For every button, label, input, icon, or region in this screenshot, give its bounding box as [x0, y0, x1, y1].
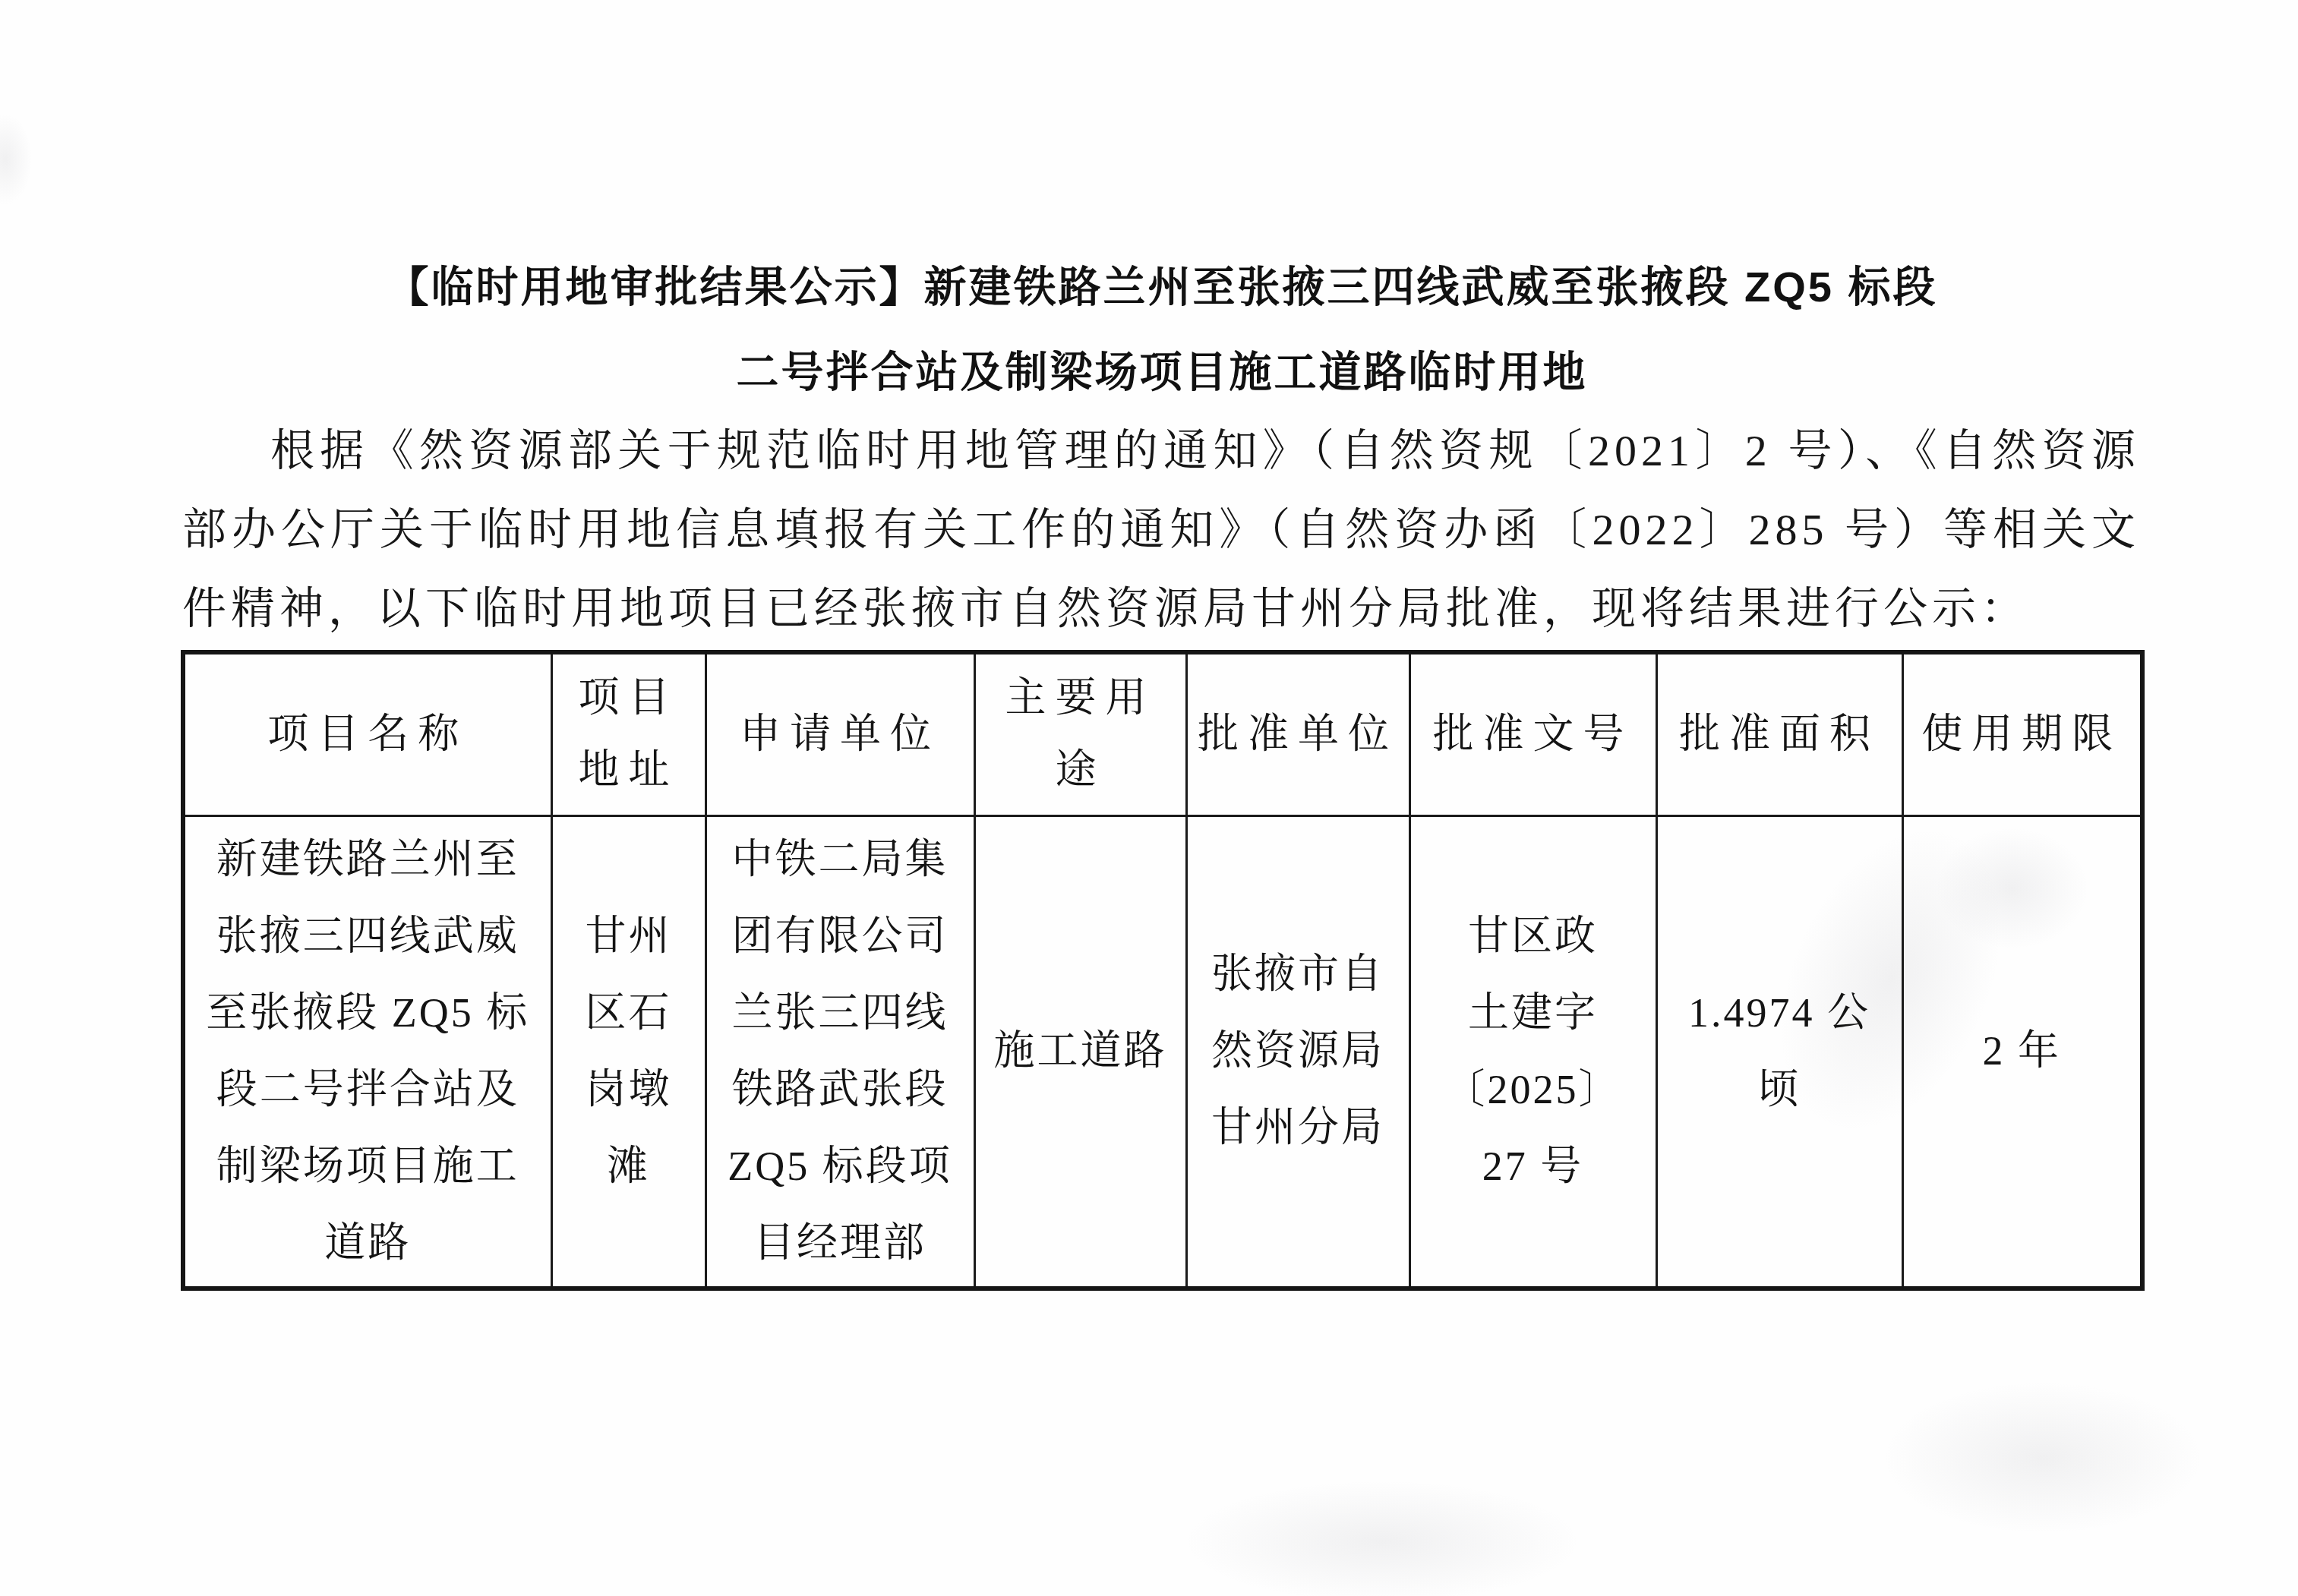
header-cell-use-period: 使用期限 [1902, 652, 2142, 815]
scan-smudge [1883, 1382, 2202, 1534]
cell-project-address: 甘州 区石 岗墩 滩 [551, 815, 705, 1288]
scan-smudge [1185, 1481, 1580, 1596]
cell-project-name: 新建铁路兰州至 张掖三四线武威 至张掖段 ZQ5 标 段二号拌合站及 制梁场项目… [183, 815, 551, 1288]
table-row: 新建铁路兰州至 张掖三四线武威 至张掖段 ZQ5 标 段二号拌合站及 制梁场项目… [183, 815, 2142, 1288]
header-cell-approved-area: 批准面积 [1656, 652, 1902, 815]
document-title-line2: 二号拌合站及制梁场项目施工道路临时用地 [182, 330, 2142, 415]
header-cell-project-address: 项目 地址 [551, 652, 705, 815]
document-title: 【临时用地审批结果公示】新建铁路兰州至张掖三四线武威至张掖段 ZQ5 标段 二号… [182, 244, 2142, 415]
header-cell-approval-doc-no: 批准文号 [1409, 652, 1656, 815]
document-title-line1: 【临时用地审批结果公示】新建铁路兰州至张掖三四线武威至张掖段 ZQ5 标段 [182, 244, 2142, 330]
scan-smudge [0, 114, 32, 205]
header-cell-approval-org: 批准单位 [1186, 652, 1409, 815]
header-cell-main-use: 主要用途 [974, 652, 1186, 815]
cell-approval-org: 张掖市自 然资源局 甘州分局 [1186, 815, 1409, 1288]
header-cell-applicant: 申请单位 [705, 652, 974, 815]
cell-approved-area: 1.4974 公 顷 [1656, 815, 1902, 1288]
table-header-row: 项目名称 项目 地址 申请单位 主要用途 批准单位 批准文号 批准面积 使用期限 [183, 652, 2142, 815]
header-cell-project-name: 项目名称 [183, 652, 551, 815]
cell-main-use: 施工道路 [974, 815, 1186, 1288]
cell-use-period: 2 年 [1902, 815, 2142, 1288]
intro-paragraph: 根据《然资源部关于规范临时用地管理的通知》（自然资规〔2021〕2 号）、《自然… [182, 412, 2140, 648]
approval-result-table: 项目名称 项目 地址 申请单位 主要用途 批准单位 批准文号 批准面积 使用期限… [181, 650, 2145, 1291]
cell-approval-doc-no: 甘区政 土建字 〔2025〕 27 号 [1409, 815, 1656, 1288]
cell-applicant: 中铁二局集 团有限公司 兰张三四线 铁路武张段 ZQ5 标段项 目经理部 [705, 815, 974, 1288]
scanned-document-page: 【临时用地审批结果公示】新建铁路兰州至张掖三四线武威至张掖段 ZQ5 标段 二号… [0, 0, 2298, 1596]
